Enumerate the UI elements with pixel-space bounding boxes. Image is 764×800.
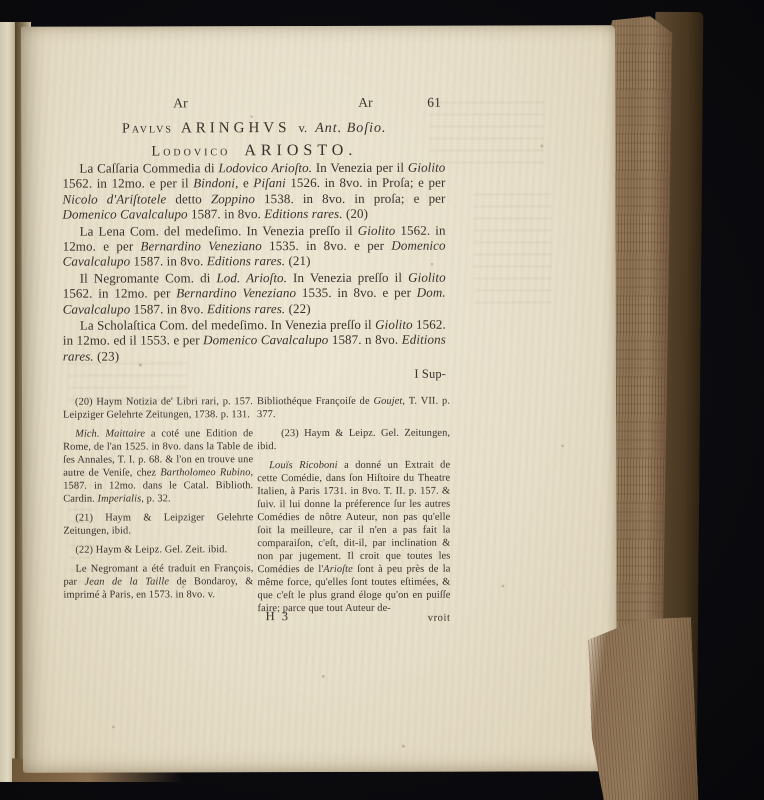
footnote-negromant: Le Negromant a été traduit en François, …: [63, 562, 253, 601]
ink-bleedthrough: [429, 101, 544, 173]
footnotes-right-column: Bibliothéque Françoiſe de Goujet, T. VII…: [257, 395, 451, 622]
body-paragraph-negromante: Il Negromante Com. di Lod. Arioſto. In V…: [63, 270, 446, 317]
main-text-block: La Caſſaria Commedia di Lodovico Arioſto…: [62, 160, 446, 365]
heading-see-abbrev: v.: [298, 121, 307, 135]
footnote-20: (20) Haym Notizia de' Libri rari, p. 157…: [63, 395, 253, 421]
footnote-22: (22) Haym & Leipz. Gel. Zeit. ibid.: [63, 543, 253, 556]
heading-forename: Pavlvs: [122, 121, 173, 136]
catchword-middle: I Sup-: [63, 367, 446, 383]
footnote-maittaire: Mich. Maittaire a coté une Edition de Ro…: [63, 427, 253, 505]
entry-forename: Lodovico: [151, 143, 230, 159]
footnote-ricoboni: Louïs Ricoboni a donné un Extrait de cet…: [257, 459, 450, 616]
scanned-book-photo: { "colors": { "background": "#0c0c10", "…: [0, 0, 764, 800]
body-paragraph-scholastica: La Scholaſtica Com. del medeſimo. In Ven…: [63, 317, 446, 364]
running-header-right: Ar: [358, 95, 372, 111]
book-page: Ar Ar 61 PavlvsARINGHVSv.Ant. Boſio. Lod…: [21, 25, 617, 773]
body-paragraph-cassaria: La Caſſaria Commedia di Lodovico Arioſto…: [62, 160, 445, 223]
footnote-goujet: Bibliothéque Françoiſe de Goujet, T. VII…: [257, 395, 450, 422]
ink-bleedthrough: [473, 193, 551, 303]
entry-heading: LodovicoARIOSTO.: [62, 142, 446, 161]
catchword-bottom: vroit: [64, 613, 451, 625]
heading-surname: ARINGHVS: [181, 120, 291, 136]
cross-reference-heading: PavlvsARINGHVSv.Ant. Boſio.: [62, 119, 446, 138]
page-number: 61: [427, 95, 441, 111]
footnote-21: (21) Haym & Leipziger Gelehrte Zeitungen…: [63, 511, 253, 537]
entry-surname: ARIOSTO.: [244, 142, 357, 159]
body-paragraph-lena: La Lena Com. del medeſimo. In Venezia pr…: [63, 222, 446, 269]
footnote-23: (23) Haym & Leipz. Gel. Zeitungen, ibid.: [257, 427, 450, 454]
heading-see-target: Ant. Boſio.: [315, 121, 386, 136]
fore-edge-bottom-fan: [587, 617, 699, 800]
paper-specks: [21, 27, 22, 28]
running-header-left: Ar: [173, 95, 187, 111]
footnotes-left-column: (20) Haym Notizia de' Libri rari, p. 157…: [63, 395, 254, 607]
